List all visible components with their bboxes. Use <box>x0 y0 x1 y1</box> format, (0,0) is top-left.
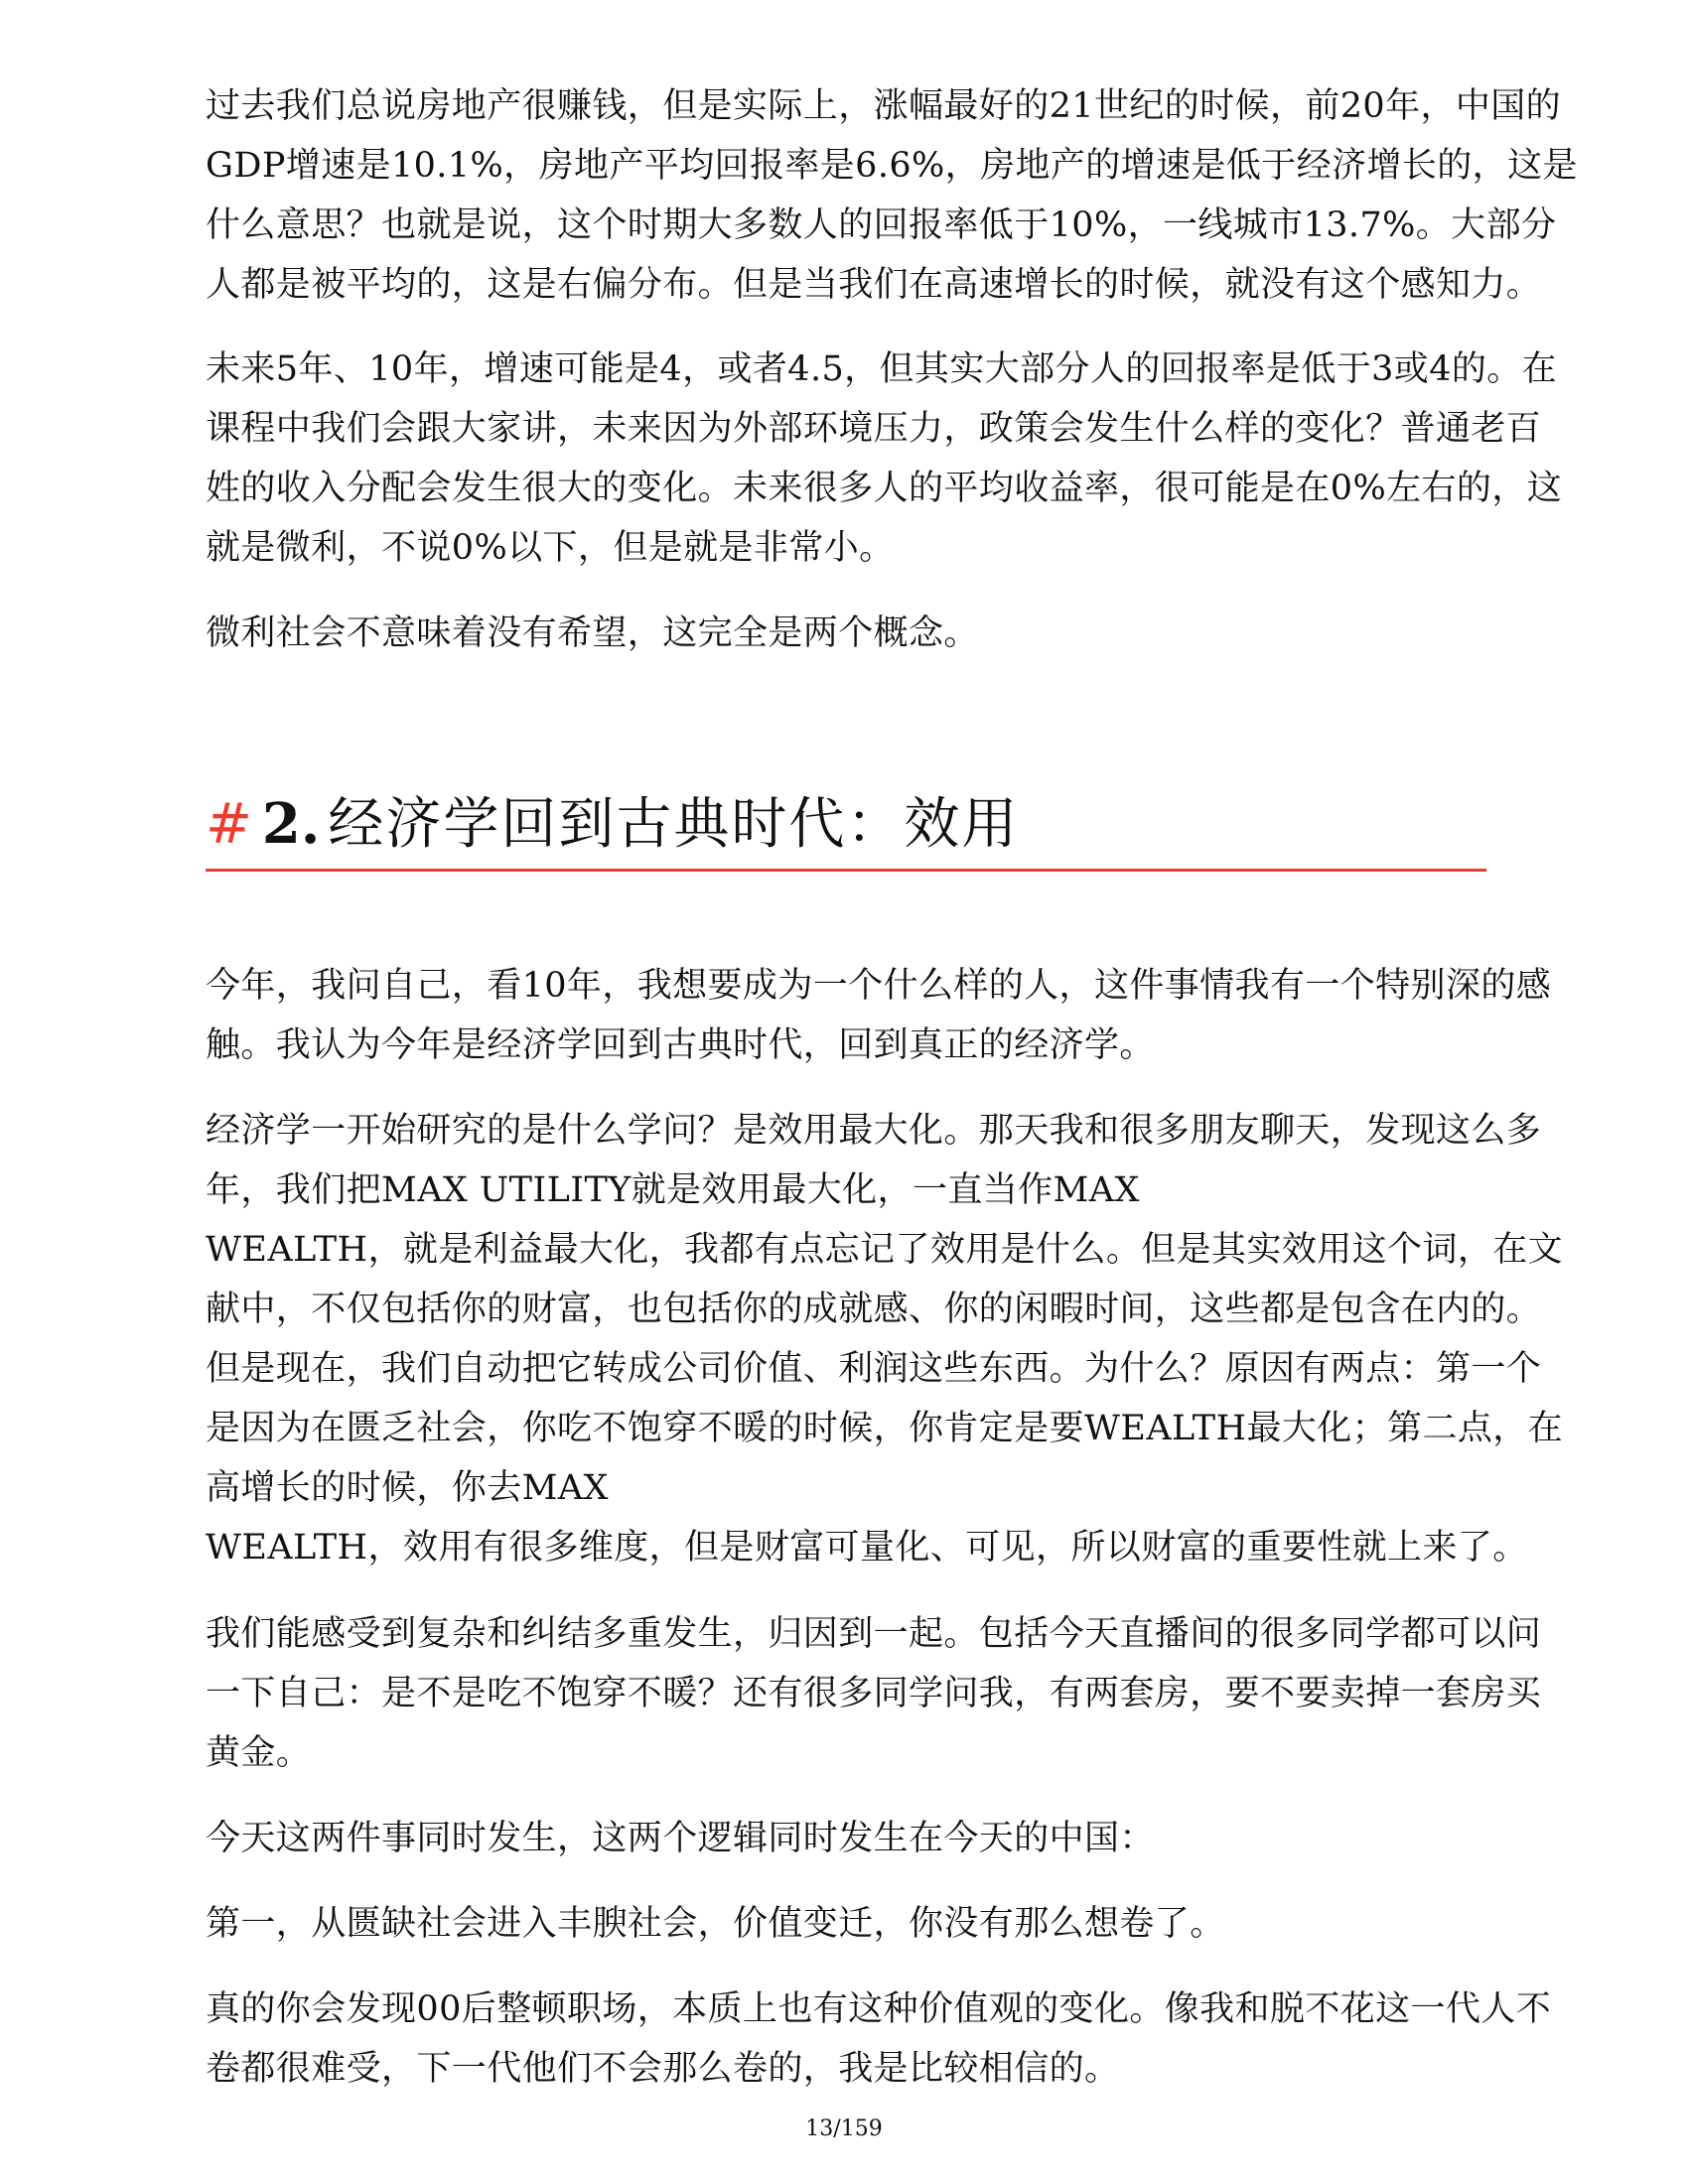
text-line: 就是微利，不说0%以下，但是就是非常小。 <box>206 518 1562 578</box>
page-number: 13/159 <box>0 2115 1688 2144</box>
paragraph-first-point: 第一，从匮缺社会进入丰腴社会，价值变迁，你没有那么想卷了。 <box>206 1894 1225 1954</box>
text-line: 第一，从匮缺社会进入丰腴社会，价值变迁，你没有那么想卷了。 <box>206 1894 1225 1954</box>
text-line: WEALTH，就是利益最大化，我都有点忘记了效用是什么。但是其实效用这个词，在文 <box>206 1220 1563 1280</box>
text-line: 献中，不仅包括你的财富，也包括你的成就感、你的闲暇时间，这些都是包含在内的。 <box>206 1280 1563 1339</box>
text-line: GDP增速是10.1%，房地产平均回报率是6.6%，房地产的增速是低于经济增长的… <box>206 136 1578 196</box>
text-line: 姓的收入分配会发生很大的变化。未来很多人的平均收益率，很可能是在0%左右的，这 <box>206 459 1562 518</box>
text-line: 真的你会发现00后整顿职场，本质上也有这种价值观的变化。像我和脱不花这一代人不 <box>206 1979 1551 2039</box>
heading-hash-marker: # <box>206 792 252 857</box>
text-line: 触。我认为今年是经济学回到古典时代，回到真正的经济学。 <box>206 1016 1551 1075</box>
text-line: 高增长的时候，你去MAX <box>206 1458 1563 1518</box>
text-line: 过去我们总说房地产很赚钱，但是实际上，涨幅最好的21世纪的时候，前20年，中国的 <box>206 76 1578 136</box>
paragraph-real-estate-returns: 过去我们总说房地产很赚钱，但是实际上，涨幅最好的21世纪的时候，前20年，中国的… <box>206 76 1578 315</box>
paragraph-utility-maximization: 经济学一开始研究的是什么学问？是效用最大化。那天我和很多朋友聊天，发现这么多 年… <box>206 1101 1563 1577</box>
text-line: 未来5年、10年，增速可能是4，或者4.5，但其实大部分人的回报率是低于3或4的… <box>206 340 1562 399</box>
heading-title: 经济学回到古典时代：效用 <box>328 792 1019 857</box>
text-line: 是因为在匮乏社会，你吃不饱穿不暖的时候，你肯定是要WEALTH最大化；第二点，在 <box>206 1399 1563 1458</box>
text-line: 课程中我们会跟大家讲，未来因为外部环境压力，政策会发生什么样的变化？普通老百 <box>206 399 1562 459</box>
heading-number: 2. <box>262 791 320 857</box>
text-line: 卷都很难受，下一代他们不会那么卷的，我是比较相信的。 <box>206 2039 1551 2099</box>
section-heading: #2.经济学回到古典时代：效用 <box>206 784 1019 864</box>
text-line: 今年，我问自己，看10年，我想要成为一个什么样的人，这件事情我有一个特别深的感 <box>206 956 1551 1016</box>
text-line: 年，我们把MAX UTILITY就是效用最大化，一直当作MAX <box>206 1160 1563 1220</box>
heading-underline-divider <box>206 869 1486 872</box>
text-line: 微利社会不意味着没有希望，这完全是两个概念。 <box>206 604 979 663</box>
text-line: 人都是被平均的，这是右偏分布。但是当我们在高速增长的时候，就没有这个感知力。 <box>206 255 1578 315</box>
paragraph-generation-change: 真的你会发现00后整顿职场，本质上也有这种价值观的变化。像我和脱不花这一代人不 … <box>206 1979 1551 2099</box>
text-line: 一下自己：是不是吃不饱穿不暖？还有很多同学问我，有两套房，要不要卖掉一套房买 <box>206 1664 1541 1723</box>
text-line: 但是现在，我们自动把它转成公司价值、利润这些东西。为什么？原因有两点：第一个 <box>206 1339 1563 1399</box>
text-line: WEALTH，效用有很多维度，但是财富可量化、可见，所以财富的重要性就上来了。 <box>206 1518 1563 1577</box>
text-line: 什么意思？也就是说，这个时期大多数人的回报率低于10%，一线城市13.7%。大部… <box>206 196 1578 255</box>
paragraph-low-profit-society: 微利社会不意味着没有希望，这完全是两个概念。 <box>206 604 979 663</box>
paragraph-two-logics: 今天这两件事同时发生，这两个逻辑同时发生在今天的中国： <box>206 1809 1155 1868</box>
text-line: 我们能感受到复杂和纠结多重发生，归因到一起。包括今天直播间的很多同学都可以问 <box>206 1604 1541 1664</box>
paragraph-self-reflection: 今年，我问自己，看10年，我想要成为一个什么样的人，这件事情我有一个特别深的感 … <box>206 956 1551 1075</box>
paragraph-future-growth: 未来5年、10年，增速可能是4，或者4.5，但其实大部分人的回报率是低于3或4的… <box>206 340 1562 578</box>
paragraph-complexity: 我们能感受到复杂和纠结多重发生，归因到一起。包括今天直播间的很多同学都可以问 一… <box>206 1604 1541 1783</box>
text-line: 今天这两件事同时发生，这两个逻辑同时发生在今天的中国： <box>206 1809 1155 1868</box>
text-line: 经济学一开始研究的是什么学问？是效用最大化。那天我和很多朋友聊天，发现这么多 <box>206 1101 1563 1160</box>
text-line: 黄金。 <box>206 1723 1541 1783</box>
